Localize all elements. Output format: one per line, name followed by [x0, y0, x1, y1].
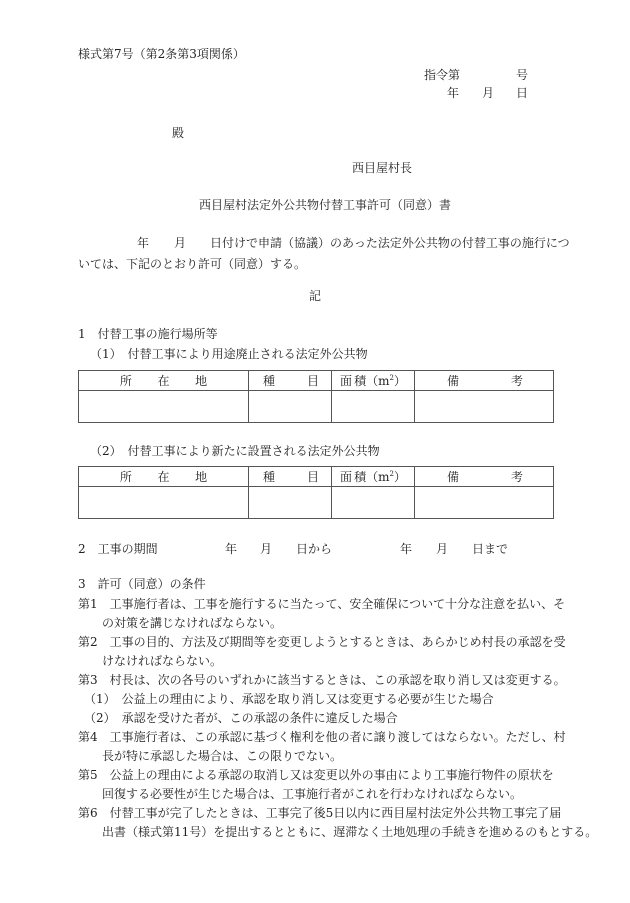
- condition-line: （1） 公益上の理由により、承認を取り消し又は変更する必要が生じた場合: [78, 693, 494, 705]
- cell-remarks[interactable]: [415, 487, 554, 519]
- section2-heading: 2 工事の期間: [78, 543, 158, 555]
- end-month: 月: [436, 543, 448, 555]
- condition-line: 第1 工事施行者は、工事を施行するに当たって、安全確保について十分な注意を払い、…: [78, 598, 565, 610]
- header-text: 備: [447, 468, 459, 485]
- condition-line: の対策を講じなければならない。: [78, 617, 282, 629]
- header-text: 考: [511, 468, 523, 485]
- condition-line: 長が特に承認した場合は、この限りでない。: [78, 750, 342, 762]
- header-text: 面: [340, 372, 352, 389]
- cell-area[interactable]: [332, 487, 415, 519]
- condition-line: 第4 工事施行者は、この承認に基づく権利を他の者に譲り渡してはならない。ただし、…: [78, 731, 566, 743]
- date-day: 日: [516, 87, 528, 99]
- header-text-part: ）: [394, 374, 406, 388]
- header-category: 種目: [249, 371, 332, 391]
- header-remarks: 備考: [415, 467, 554, 487]
- condition-line: 第6 付替工事が完了したときは、工事完了後5日以内に西目屋村法定外公共物工事完了…: [78, 807, 561, 819]
- table-header-row: 所在地 種目 面積（m2） 備考: [79, 371, 554, 391]
- condition-line: （2） 承認を受けた者が、この承認の条件に違反した場合: [78, 712, 398, 724]
- cell-area[interactable]: [332, 391, 415, 423]
- condition-line: 回復する必要性が生じた場合は、工事施行者がこれを行わなければならない。: [78, 788, 522, 800]
- cell-category[interactable]: [249, 391, 332, 423]
- header-text-part: 積（m: [354, 470, 389, 484]
- header-text: 備: [447, 372, 459, 389]
- header-text: 地: [195, 372, 207, 389]
- cell-location[interactable]: [79, 391, 249, 423]
- section1-sub2: （2） 付替工事により新たに設置される法定外公共物: [90, 445, 380, 457]
- start-month: 月: [260, 543, 272, 555]
- header-location: 所在地: [79, 371, 249, 391]
- condition-line: 第3 村長は、次の各号のいずれかに該当するときは、この承認を取り消し又は変更する…: [78, 674, 566, 686]
- header-text-part: 積（m: [354, 374, 389, 388]
- section1-sub1: （1） 付替工事により用途廃止される法定外公共物: [90, 348, 368, 360]
- intro-year: 年: [137, 237, 149, 249]
- intro-line1: 日付けで申請（協議）のあった法定外公共物の付替工事の施行につ: [210, 237, 570, 249]
- header-text: 考: [511, 372, 523, 389]
- new-facilities-table: 所在地 種目 面積（m2） 備考: [78, 466, 554, 519]
- condition-line: 第5 公益上の理由による承認の取消し又は変更以外の事由により工事施行物件の原状を: [78, 769, 554, 781]
- header-area: 面積（m2）: [332, 371, 415, 391]
- end-day: 日まで: [472, 543, 508, 555]
- header-text: 在: [157, 468, 169, 485]
- date-year: 年: [447, 87, 459, 99]
- header-text: 所: [120, 468, 132, 485]
- condition-line: 第2 工事の目的、方法及び期間等を変更しようとするときは、あらかじめ村長の承認を…: [78, 636, 566, 648]
- end-year: 年: [400, 543, 412, 555]
- cell-remarks[interactable]: [415, 391, 554, 423]
- intro-line2: いては、下記のとおり許可（同意）する。: [78, 258, 306, 270]
- header-text: 積（m2）: [354, 372, 406, 389]
- table-row: [79, 391, 554, 423]
- header-text: 種: [263, 372, 275, 389]
- form-number: 様式第7号（第2条第3項関係）: [78, 48, 245, 60]
- start-day: 日から: [296, 543, 332, 555]
- table-header-row: 所在地 種目 面積（m2） 備考: [79, 467, 554, 487]
- header-text-part: ）: [394, 470, 406, 484]
- intro-month: 月: [174, 237, 186, 249]
- header-text: 目: [307, 372, 319, 389]
- header-text: 地: [195, 468, 207, 485]
- issuer-title: 西目屋村長: [352, 162, 412, 174]
- header-area: 面積（m2）: [332, 467, 415, 487]
- condition-line: けなければならない。: [78, 655, 222, 667]
- condition-line: 出書（様式第11号）を提出するとともに、遅滞なく土地処理の手続きを進めるのもとす…: [78, 826, 597, 838]
- cell-location[interactable]: [79, 487, 249, 519]
- document-title: 西目屋村法定外公共物付替工事許可（同意）書: [199, 199, 451, 211]
- date-month: 月: [482, 87, 494, 99]
- start-year: 年: [225, 543, 237, 555]
- addressee-honorific: 殿: [172, 127, 184, 139]
- directive-label: 指令第: [424, 69, 460, 81]
- cell-category[interactable]: [249, 487, 332, 519]
- section1-heading: 1 付替工事の施行場所等: [78, 328, 218, 340]
- header-text: 目: [307, 468, 319, 485]
- header-text: 面: [340, 468, 352, 485]
- header-remarks: 備考: [415, 371, 554, 391]
- header-text: 在: [157, 372, 169, 389]
- header-category: 種目: [249, 467, 332, 487]
- header-location: 所在地: [79, 467, 249, 487]
- header-text: 種: [263, 468, 275, 485]
- directive-suffix: 号: [516, 69, 528, 81]
- abolished-facilities-table: 所在地 種目 面積（m2） 備考: [78, 370, 554, 423]
- header-text: 積（m2）: [354, 468, 406, 485]
- section3-heading: 3 許可（同意）の条件: [78, 578, 206, 590]
- table-row: [79, 487, 554, 519]
- header-text: 所: [120, 372, 132, 389]
- ki-heading: 記: [309, 290, 321, 302]
